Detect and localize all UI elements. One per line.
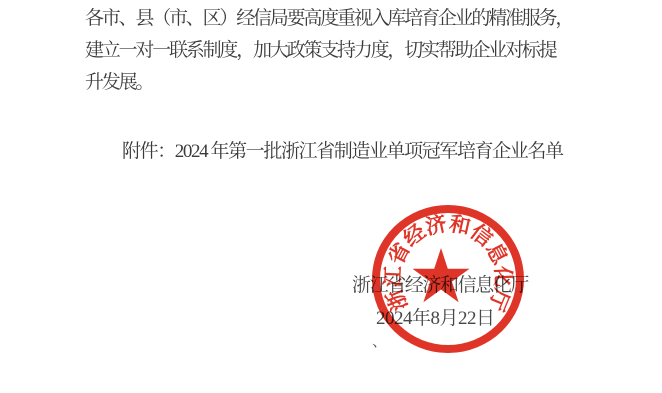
official-seal: 浙 江 省 经 济 和 信 息 化 厅 — [372, 205, 524, 353]
document-page: 各市、县（市、区）经信局要高度重视入库培育企业的精准服务， 建立一对一联系制度，… — [0, 0, 662, 393]
body-paragraph: 各市、县（市、区）经信局要高度重视入库培育企业的精准服务， 建立一对一联系制度，… — [85, 3, 595, 99]
paragraph-line-1: 各市、县（市、区）经信局要高度重视入库培育企业的精准服务， — [85, 3, 595, 35]
paragraph-line-3: 升发展。 — [85, 67, 595, 99]
seal-arc-char: 济 — [422, 211, 451, 240]
attachment-line: 附件：2024 年第一批浙江省制造业单项冠军培育企业名单 — [122, 136, 563, 168]
paragraph-line-2: 建立一对一联系制度，加大政策支持力度，切实帮助企业对标提 — [85, 35, 595, 67]
